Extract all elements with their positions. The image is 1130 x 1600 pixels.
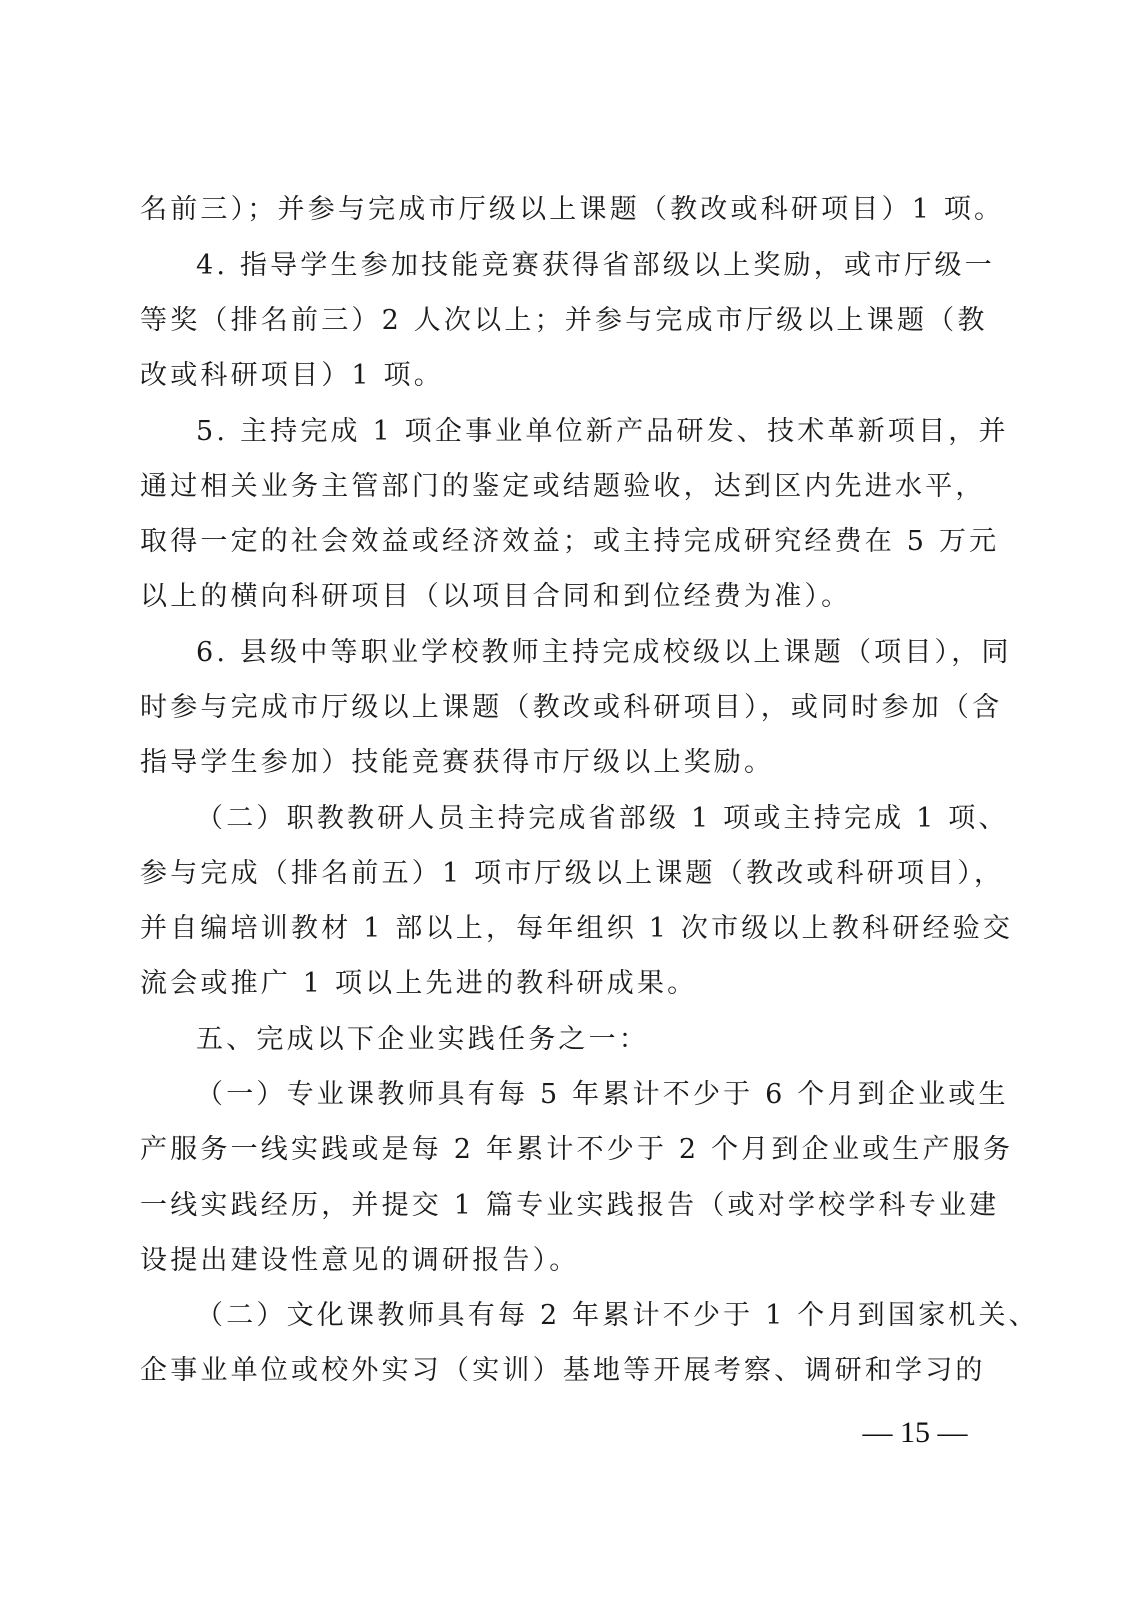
text-line: （二）职教教研人员主持完成省部级 1 项或主持完成 1 项、 [196,801,970,837]
text-line: 设提出建设性意见的调研报告）。 [140,1243,970,1279]
text-line: 通过相关业务主管部门的鉴定或结题验收，达到区内先进水平， [140,469,970,505]
text-line: 5. 主持完成 1 项企事业单位新产品研发、技术革新项目，并 [196,414,970,450]
text-line: 指导学生参加）技能竞赛获得市厅级以上奖励。 [140,745,970,781]
text-line: 6. 县级中等职业学校教师主持完成校级以上课题（项目），同 [196,635,970,671]
text-line: 并自编培训教材 1 部以上，每年组织 1 次市级以上教科研经验交 [140,911,970,947]
text-line: 名前三）；并参与完成市厅级以上课题（教改或科研项目）1 项。 [140,192,970,228]
text-line: 取得一定的社会效益或经济效益；或主持完成研究经费在 5 万元 [140,524,970,560]
text-line: （二）文化课教师具有每 2 年累计不少于 1 个月到国家机关、 [196,1298,970,1334]
text-line: 时参与完成市厅级以上课题（教改或科研项目），或同时参加（含 [140,690,970,726]
text-line: 企事业单位或校外实习（实训）基地等开展考察、调研和学习的 [140,1353,970,1389]
text-line: 等奖（排名前三）2 人次以上；并参与完成市厅级以上课题（教 [140,303,970,339]
text-line: 参与完成（排名前五）1 项市厅级以上课题（教改或科研项目）， [140,856,970,892]
text-line: 产服务一线实践或是每 2 年累计不少于 2 个月到企业或生产服务 [140,1132,970,1168]
text-line: （一）专业课教师具有每 5 年累计不少于 6 个月到企业或生 [196,1077,970,1113]
text-line: 流会或推广 1 项以上先进的教科研成果。 [140,966,970,1002]
text-line: 以上的横向科研项目（以项目合同和到位经费为准）。 [140,579,970,615]
page-number: — 15 — [850,1415,980,1451]
text-line: 改或科研项目）1 项。 [140,358,970,394]
text-line: 4. 指导学生参加技能竞赛获得省部级以上奖励，或市厅级一 [196,248,970,284]
section-heading: 五、完成以下企业实践任务之一： [196,1022,970,1058]
text-line: 一线实践经历，并提交 1 篇专业实践报告（或对学校学科专业建 [140,1188,970,1224]
document-page: 名前三）；并参与完成市厅级以上课题（教改或科研项目）1 项。 4. 指导学生参加… [0,0,1130,1600]
